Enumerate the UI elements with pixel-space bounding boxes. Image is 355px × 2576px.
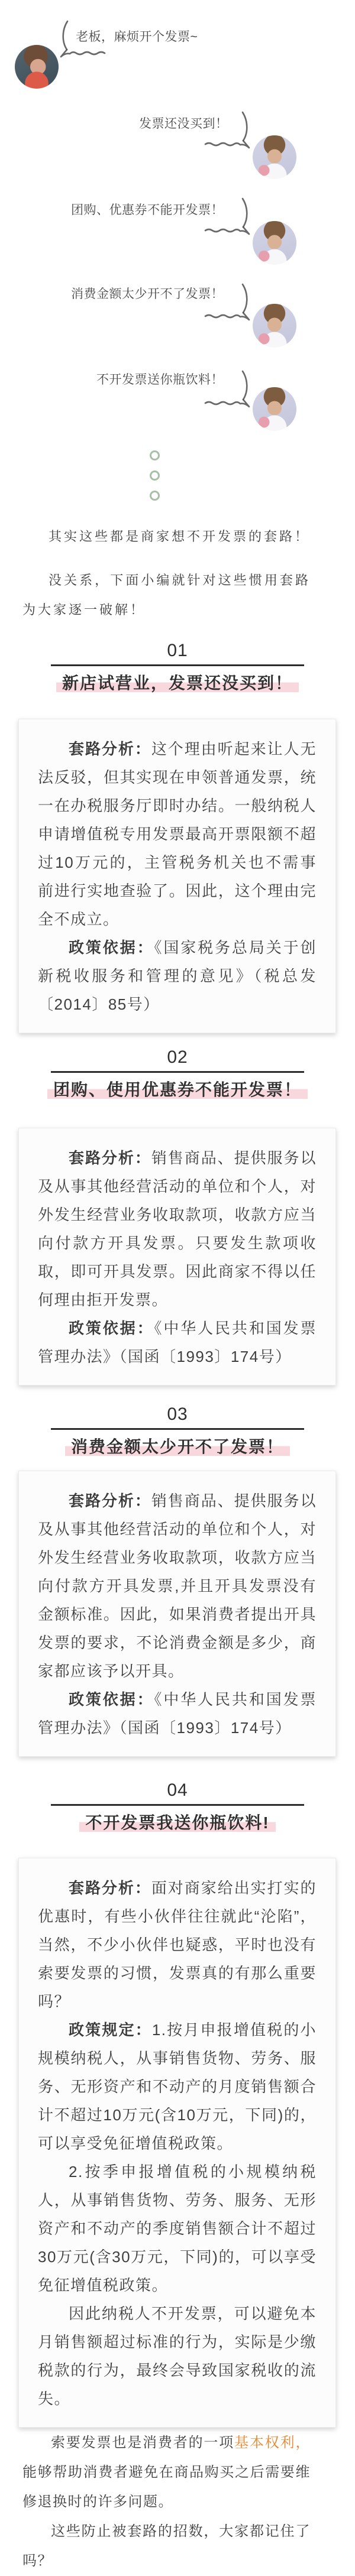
article-page: 老板，麻烦开个发票~ 发票还没买到！ 团购、优惠券不能开发票！ 消费金额太少开不… xyxy=(0,0,355,2576)
highlight-text-orange: 基本权利， xyxy=(234,2435,311,2451)
title-highlight: 新店试营业，发票还没买到！ xyxy=(56,674,299,692)
conclusion-text: 索要发票也是消费者的一项基本权利，能够帮助消费者避免在商品购买之后需要维修退换时… xyxy=(22,2428,311,2576)
section-number: 03 xyxy=(0,1404,355,1425)
ellipsis-dot-icon xyxy=(150,450,160,460)
intro-text: 其实这些都是商家想不开发票的套路！ 没关系，下面小编就针对这些惯用套路为大家逐一… xyxy=(22,522,311,625)
section-divider xyxy=(51,1071,304,1073)
card-paragraph: 套路分析：这个理由听起来让人无法反驳，但其实现在申领普通发票，统一在办税服务厅即… xyxy=(38,735,317,933)
title-highlight: 团购、使用优惠券不能开发票！ xyxy=(47,1081,308,1099)
shopkeeper-avatar xyxy=(253,135,296,179)
chat-message: 消费金额太少开不了发票！ xyxy=(71,285,224,303)
ellipsis-dot-icon xyxy=(150,491,160,501)
section-number: 04 xyxy=(0,1780,355,1801)
card-paragraph: 套路分析：面对商家给出实打实的优惠时，有些小伙伴往往就此“沦陷”，当然，不少小伙… xyxy=(38,1874,317,2016)
analysis-card-01: 套路分析：这个理由听起来让人无法反驳，但其实现在申领普通发票，统一在办税服务厅即… xyxy=(18,719,336,1033)
ellipsis-dot-icon xyxy=(150,471,160,481)
analysis-card-04: 套路分析：面对商家给出实打实的优惠时，有些小伙伴往往就此“沦陷”，当然，不少小伙… xyxy=(18,1858,336,2428)
section-header-04: 04 不开发票我送你瓶饮料! xyxy=(0,1780,355,1835)
card-paragraph: 2.按季申报增值税的小规模纳税人，从事销售货物、劳务、服务、无形资产和不动产的季… xyxy=(38,2158,317,2299)
conclusion-paragraph: 这些防止被套路的招数，大家都记住了吗？ xyxy=(22,2517,311,2576)
paragraph-label: 政策规定： xyxy=(69,2021,152,2039)
card-paragraph: 因此纳税人不开发票，可以避免本月销售额超过标准的行为，实际是少缴税款的行为，最终… xyxy=(38,2299,317,2413)
conclusion-paragraph: 索要发票也是消费者的一项基本权利，能够帮助消费者避免在商品购买之后需要维修退换时… xyxy=(22,2428,311,2517)
shopkeeper-avatar xyxy=(253,304,296,348)
section-title: 不开发票我送你瓶饮料! xyxy=(0,1811,355,1835)
section-divider xyxy=(51,1804,304,1806)
shopkeeper-avatar xyxy=(253,387,296,431)
paragraph-label: 套路分析： xyxy=(69,1492,151,1510)
card-paragraph: 套路分析：销售商品、提供服务以及从事其他经营活动的单位和个人，对外发生经营业务收… xyxy=(38,1144,317,1314)
section-number: 01 xyxy=(0,640,355,661)
chat-message: 发票还没买到！ xyxy=(139,115,228,133)
paragraph-label: 政策依据： xyxy=(69,1319,154,1337)
shopkeeper-avatar xyxy=(253,221,296,265)
card-paragraph: 套路分析：销售商品、提供服务以及从事其他经营活动的单位和个人，对外发生经营业务收… xyxy=(38,1487,317,1685)
section-header-02: 02 团购、使用优惠券不能开发票！ xyxy=(0,1047,355,1102)
section-header-03: 03 消费金额太少开不了发票！ xyxy=(0,1404,355,1459)
section-divider xyxy=(51,1428,304,1430)
intro-paragraph: 其实这些都是商家想不开发票的套路！ xyxy=(22,522,311,551)
section-title: 团购、使用优惠券不能开发票！ xyxy=(0,1078,355,1102)
title-highlight: 不开发票我送你瓶饮料! xyxy=(79,1813,275,1832)
card-paragraph: 政策规定：1.按月申报增值税的小规模纳税人，从事销售货物、劳务、服务、无形资产和… xyxy=(38,2016,317,2158)
card-paragraph: 政策依据：《中华人民共和国发票管理办法》（国函〔1993〕174号） xyxy=(38,1685,317,1742)
analysis-card-03: 套路分析：销售商品、提供服务以及从事其他经营活动的单位和个人，对外发生经营业务收… xyxy=(18,1471,336,1757)
section-title: 消费金额太少开不了发票！ xyxy=(0,1435,355,1459)
card-paragraph: 政策依据：《国家税务总局关于创新税收服务和管理的意见》（税总发〔2014〕85号… xyxy=(38,933,317,1018)
card-paragraph: 政策依据：《中华人民共和国发票管理办法》（国函〔1993〕174号） xyxy=(38,1314,317,1371)
paragraph-label: 政策依据： xyxy=(69,939,154,956)
section-title: 新店试营业，发票还没买到！ xyxy=(0,671,355,695)
chat-message: 团购、优惠券不能开发票！ xyxy=(71,202,224,219)
paragraph-label: 套路分析： xyxy=(69,1149,151,1167)
paragraph-label: 套路分析： xyxy=(69,1879,151,1897)
chat-message: 老板，麻烦开个发票~ xyxy=(76,28,198,46)
chat-message: 不开发票送你瓶饮料！ xyxy=(96,371,224,389)
paragraph-label: 政策依据： xyxy=(69,1691,154,1708)
section-header-01: 01 新店试营业，发票还没买到！ xyxy=(0,640,355,695)
customer-avatar xyxy=(15,45,59,89)
intro-paragraph: 没关系，下面小编就针对这些惯用套路为大家逐一破解！ xyxy=(22,566,311,625)
section-divider xyxy=(51,664,304,666)
title-highlight: 消费金额太少开不了发票！ xyxy=(65,1438,290,1456)
analysis-card-02: 套路分析：销售商品、提供服务以及从事其他经营活动的单位和个人，对外发生经营业务收… xyxy=(18,1128,336,1386)
section-number: 02 xyxy=(0,1047,355,1068)
paragraph-label: 套路分析： xyxy=(69,740,151,758)
